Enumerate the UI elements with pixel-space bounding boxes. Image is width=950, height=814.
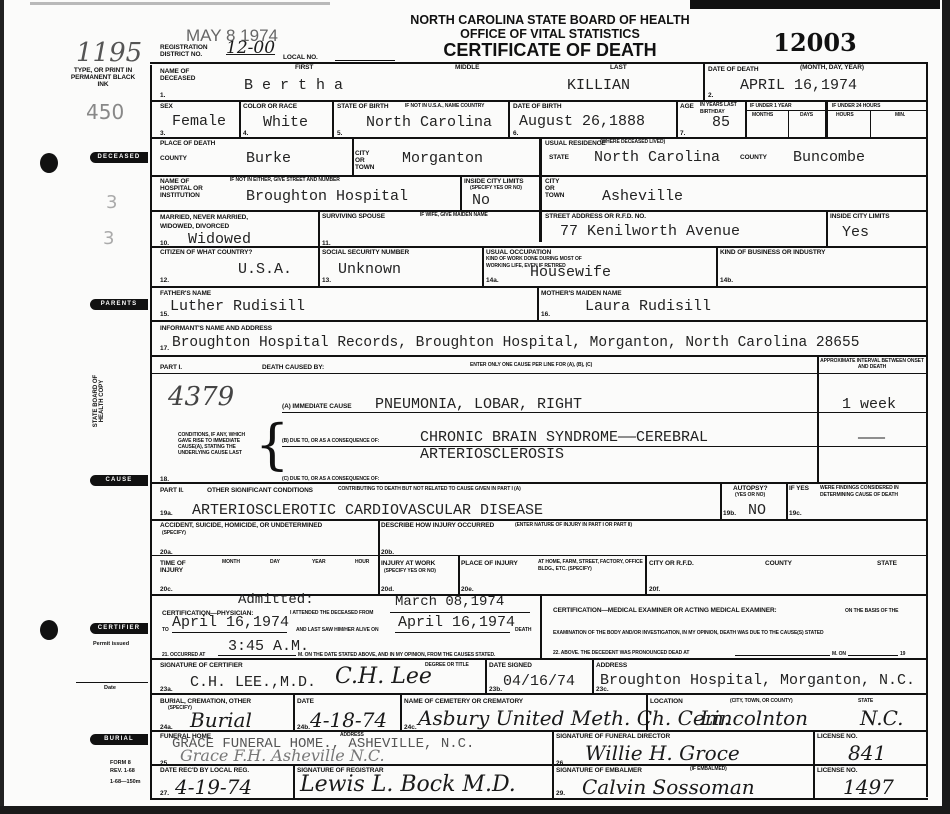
pencil-mark-2: 3: [103, 228, 114, 249]
residence-sublabel: (WHERE DECEASED LIVED): [600, 139, 665, 146]
date-received: 4-19-74: [175, 775, 252, 799]
death-certificate: NORTH CAROLINA STATE BOARD OF HEALTH OFF…: [0, 0, 950, 814]
disposition-value: Burial: [190, 708, 252, 732]
how-injury-sublabel: (ENTER NATURE OF INJURY IN PART I OR PAR…: [515, 522, 632, 529]
divider: [508, 100, 510, 138]
under-1-year-label: IF UNDER 1 YEAR: [750, 103, 791, 110]
month-label: MONTH: [222, 559, 240, 566]
autopsy-label: AUTOPSY?: [733, 485, 767, 492]
occupation-value: Housewife: [530, 264, 611, 281]
hour-label: HOUR: [355, 559, 369, 566]
divider: [293, 693, 295, 730]
burial-date-label: DATE: [297, 698, 314, 705]
divider: [150, 286, 928, 288]
location-sublabel: (CITY, TOWN, OR COUNTY): [730, 698, 793, 705]
deceased-first-name: B e r t h a: [244, 77, 343, 94]
dob-label: DATE OF BIRTH: [513, 103, 561, 110]
to-label: TO: [162, 627, 169, 634]
due-to-b-line-2: ARTERIOSCLEROSIS: [420, 446, 564, 463]
agency-line-1: NORTH CAROLINA STATE BOARD OF HEALTH: [400, 13, 700, 27]
res-city: Asheville: [602, 188, 683, 205]
conditions-note: CONDITIONS, IF ANY, WHICH GAVE RISE TO I…: [178, 432, 250, 456]
permit-date-label: Date: [104, 685, 116, 691]
section-tab-parents: PARENTS: [90, 299, 148, 310]
cause-code: 4379: [168, 382, 234, 412]
me-text-1: ON THE BASIS OF THE: [845, 608, 898, 615]
divider: [400, 693, 402, 730]
ssn-label: SOCIAL SECURITY NUMBER: [322, 249, 409, 256]
other-conditions-label: OTHER SIGNIFICANT CONDITIONS: [207, 487, 313, 494]
permit-issued-label: Permit issued: [93, 641, 129, 647]
scan-redaction-bar: [690, 0, 940, 9]
dob-value: August 26,1888: [519, 113, 645, 130]
registrar-signature: Lewis L. Bock M.D.: [300, 772, 516, 797]
divider: [825, 100, 828, 138]
cemetery-name: Asbury United Meth. Ch. Cem.: [418, 706, 730, 730]
date-signed-label: DATE SIGNED: [489, 662, 532, 669]
me-text-2: EXAMINATION OF THE BODY AND/OR INVESTIGA…: [553, 630, 824, 637]
form-right-border: [926, 62, 928, 797]
scan-artifact: [30, 2, 330, 5]
res-county: Buncombe: [793, 149, 865, 166]
part2-label: PART II.: [160, 487, 184, 494]
divider: [745, 100, 747, 138]
place-injury-sublabel: AT HOME, FARM, STREET, FACTORY, OFFICE B…: [538, 559, 646, 573]
divider: [282, 412, 928, 413]
middle-label: MIDDLE: [455, 64, 479, 71]
section-tab-burial: BURIAL: [90, 734, 148, 745]
res-city-label: CITY OR TOWN: [545, 178, 567, 199]
funeral-home-handwritten: Grace F.H. Asheville N.C.: [180, 746, 385, 765]
embalmer-signature: Calvin Sossoman: [582, 775, 755, 799]
injury-at-work-sublabel: (SPECIFY YES OR NO): [384, 568, 436, 575]
divider: [150, 730, 928, 732]
certificate-number: 12003: [760, 28, 870, 57]
time-injury-label: TIME OF INJURY: [160, 560, 190, 574]
divider: [390, 612, 530, 613]
sex-label: SEX: [160, 103, 173, 110]
burial-state-label: STATE: [858, 698, 873, 705]
signature-certifier-label: SIGNATURE OF CERTIFIER: [160, 662, 243, 669]
divider: [395, 632, 510, 633]
father-name: Luther Rudisill: [170, 298, 305, 315]
divider: [352, 137, 354, 175]
inside-limits-label: INSIDE CITY LIMITS: [464, 178, 523, 185]
immediate-cause-label: (a) IMMEDIATE CAUSE: [282, 403, 351, 410]
spouse-sublabel: IF WIFE, GIVE MAIDEN NAME: [420, 212, 488, 219]
section-tab-deceased: DECEASED: [90, 152, 148, 163]
mother-name: Laura Rudisill: [585, 298, 711, 315]
me-on-label: M. ON: [832, 651, 846, 658]
divider: [172, 632, 287, 633]
injury-county-label: COUNTY: [765, 560, 792, 567]
marital-label: MARRIED, NEVER MARRIED, WIDOWED, DIVORCE…: [160, 213, 280, 231]
birth-state-label: STATE OF BIRTH: [337, 103, 388, 110]
cemetery-label: NAME OF CEMETERY OR CREMATORY: [404, 698, 523, 705]
age-label: AGE: [680, 103, 694, 110]
certifier-address: Broughton Hospital, Morganton, N.C.: [600, 672, 915, 689]
year-label: YEAR: [312, 559, 326, 566]
section-tab-cause: CAUSE: [90, 475, 148, 486]
burial-date: 4-18-74: [310, 708, 387, 732]
form-revision: REV. 1-68: [110, 768, 135, 774]
attended-to: April 16,1974: [172, 614, 289, 631]
divider: [745, 110, 928, 111]
registration-district-value: 12-00: [226, 38, 275, 58]
scan-edge-bottom: [0, 806, 950, 814]
local-no-line: [335, 60, 395, 61]
copy-label: STATE BOARD OF HEALTH COPY: [93, 366, 105, 436]
last-saw-label: AND LAST SAW HIM/HER ALIVE ON: [296, 627, 378, 634]
scan-edge-right: [942, 0, 950, 814]
location-label: LOCATION: [650, 698, 683, 705]
date-of-death-label: DATE OF DEATH: [708, 66, 758, 73]
birth-state-sublabel: IF NOT IN U.S.A., NAME COUNTRY: [405, 103, 495, 110]
pencil-number: 450: [86, 100, 124, 124]
burial-location: Lincolnton: [700, 706, 808, 730]
other-conditions-sublabel: CONTRIBUTING TO DEATH BUT NOT RELATED TO…: [338, 486, 521, 493]
burial-state: N.C.: [860, 706, 904, 730]
death-label: DEATH: [515, 627, 531, 634]
res-state-label: STATE: [549, 154, 569, 161]
city-rfd-label: CITY OR R.F.D.: [649, 560, 694, 567]
findings-label: WERE FINDINGS CONSIDERED IN DETERMINING …: [820, 485, 924, 499]
res-inside-value: Yes: [842, 224, 869, 241]
divider: [676, 100, 678, 138]
divider: [378, 519, 380, 595]
director-license: 841: [848, 741, 886, 765]
bracket: {: [255, 418, 289, 472]
scan-edge-left: [0, 0, 4, 814]
deceased-last-name: KILLIAN: [567, 77, 630, 94]
injury-state-label: STATE: [877, 560, 897, 567]
divider: [150, 246, 928, 248]
other-conditions: ARTERIOSCLEROTIC CARDIOVASCULAR DISEASE: [192, 502, 543, 519]
certifier-address-label: ADDRESS: [596, 662, 627, 669]
divider: [826, 210, 828, 247]
permit-date-line: [76, 682, 148, 683]
divider: [716, 246, 718, 287]
business-label: KIND OF BUSINESS OR INDUSTRY: [720, 249, 825, 256]
county-label: COUNTY: [160, 155, 187, 162]
part1-label: PART I.: [160, 364, 182, 371]
hospital-value: Broughton Hospital: [246, 188, 408, 205]
embalmer-license-label: LICENSE NO.: [817, 767, 857, 774]
res-inside-label: INSIDE CITY LIMITS: [830, 213, 889, 220]
divider: [460, 175, 462, 210]
divider: [150, 355, 928, 357]
sex-value: Female: [172, 113, 226, 130]
last-saw: April 16,1974: [398, 614, 515, 631]
me-19-label: 19: [900, 651, 905, 658]
agency-line-2: OFFICE OF VITAL STATISTICS: [400, 27, 700, 41]
date-received-label: DATE REC'D BY LOCAL REG.: [160, 767, 249, 774]
age-value: 85: [712, 114, 730, 131]
ssn-value: Unknown: [338, 261, 401, 278]
divider: [540, 594, 542, 658]
death-county: Burke: [246, 150, 291, 167]
divider: [150, 764, 928, 766]
certifier-signature: C.H. Lee: [335, 664, 432, 689]
immediate-cause: PNEUMONIA, LOBAR, RIGHT: [375, 396, 582, 413]
funeral-director-signature: Willie H. Groce: [585, 741, 740, 765]
immediate-interval: 1 week: [842, 396, 896, 413]
place-injury-label: PLACE OF INJURY: [461, 560, 518, 567]
mother-label: MOTHER'S MAIDEN NAME: [541, 290, 621, 297]
days-label: DAYS: [800, 112, 813, 119]
embalmer-sublabel: (IF EMBALMED): [690, 766, 727, 773]
attended-label: I ATTENDED THE DECEASED FROM: [290, 610, 373, 617]
res-state: North Carolina: [594, 149, 720, 166]
divider: [645, 555, 647, 595]
divider: [485, 658, 487, 693]
informant-value: Broughton Hospital Records, Broughton Ho…: [172, 335, 859, 351]
divider: [239, 100, 241, 138]
injury-at-work-label: INJURY AT WORK: [381, 560, 435, 567]
divider: [458, 555, 460, 595]
date-signed: 04/16/74: [503, 673, 575, 690]
section-tab-certifier: CERTIFIER: [90, 623, 148, 634]
inside-limits-sublabel: (SPECIFY YES OR NO): [470, 185, 522, 192]
me-cert-label: CERTIFICATION—MEDICAL EXAMINER OR ACTING…: [553, 607, 777, 614]
citizen-label: CITIZEN OF WHAT COUNTRY?: [160, 249, 252, 256]
divider: [817, 355, 819, 483]
spouse-label: SURVIVING SPOUSE: [322, 213, 385, 220]
embalmer-label: SIGNATURE OF EMBALMER: [556, 767, 642, 774]
informant-label: INFORMANT'S NAME AND ADDRESS: [160, 325, 272, 332]
due-to-b-label: (b) DUE TO, OR AS A CONSEQUENCE OF:: [282, 438, 379, 445]
divider: [482, 246, 484, 287]
disposition-label: BURIAL, CREMATION, OTHER: [160, 698, 251, 705]
accident-sublabel: (SPECIFY): [162, 530, 186, 537]
certifier-name: C.H. LEE.,M.D.: [190, 674, 316, 691]
death-city: Morganton: [402, 150, 483, 167]
admitted-label: Admitted:: [238, 592, 314, 608]
autopsy-value: NO: [748, 502, 766, 519]
hospital-label: NAME OF HOSPITAL OR INSTITUTION: [160, 178, 215, 199]
divider: [848, 655, 898, 656]
date-of-death-sublabel: (MONTH, DAY, YEAR): [800, 64, 864, 71]
father-label: FATHER'S NAME: [160, 290, 211, 297]
one-cause-note: ENTER ONLY ONE CAUSE PER LINE FOR (a), (…: [470, 362, 592, 369]
divider: [703, 62, 705, 101]
divider: [150, 482, 928, 484]
divider: [786, 482, 788, 520]
due-to-b-line-1: CHRONIC BRAIN SYNDROME——CEREBRAL: [420, 429, 708, 446]
time-of-death: 3:45 A.M.: [228, 638, 309, 655]
divider: [735, 655, 830, 656]
disposition-sublabel: (SPECIFY): [168, 705, 192, 712]
interval-label: APPROXIMATE INTERVAL BETWEEN ONSET AND D…: [820, 358, 924, 370]
death-city-label: CITY OR TOWN: [355, 150, 375, 171]
form-number: FORM 8: [110, 760, 131, 766]
pencil-mark-1: 3: [106, 192, 117, 213]
local-no-label: LOCAL NO.: [283, 54, 318, 61]
res-county-label: COUNTY: [740, 154, 767, 161]
divider: [318, 210, 320, 287]
date-of-death: APRIL 16,1974: [740, 77, 857, 94]
first-label: FIRST: [295, 64, 313, 71]
divider: [150, 798, 928, 800]
street-label: STREET ADDRESS OR R.F.D. No.: [545, 213, 646, 220]
name-label: NAME OF DECEASED: [160, 68, 210, 82]
page-title: CERTIFICATE OF DEATH: [400, 40, 700, 61]
me-text-3: 22. ABOVE. THE DECEDENT WAS PRONOUNCED D…: [553, 650, 689, 657]
street-value: 77 Kenilworth Avenue: [560, 223, 740, 240]
ink-instruction: TYPE, OR PRINT IN PERMANENT BLACK INK: [68, 67, 138, 88]
divider: [720, 482, 722, 520]
citizen-value: U.S.A.: [238, 261, 292, 278]
hospital-sublabel: IF NOT IN EITHER, GIVE STREET AND NUMBER: [230, 177, 340, 184]
inside-limits-value: No: [472, 192, 490, 209]
race-value: White: [263, 114, 308, 131]
punch-hole-bottom: [40, 620, 58, 640]
divider: [150, 519, 928, 521]
day-label: DAY: [270, 559, 280, 566]
divider: [150, 373, 928, 374]
divider: [788, 110, 789, 138]
divider: [537, 286, 539, 321]
divider: [150, 693, 928, 695]
last-label: LAST: [610, 64, 627, 71]
divider: [646, 693, 648, 730]
hours-label: HOURS: [836, 112, 854, 119]
race-label: COLOR OR RACE: [243, 103, 297, 110]
divider: [539, 137, 542, 242]
months-label: MONTHS: [752, 112, 773, 119]
divider: [870, 110, 871, 138]
how-injury-label: DESCRIBE HOW INJURY OCCURRED: [381, 522, 494, 529]
accident-label: ACCIDENT, SUICIDE, HOMICIDE, OR UNDETERM…: [160, 522, 322, 529]
due-to-b-interval: ———: [858, 430, 885, 447]
director-license-label: LICENSE NO.: [817, 733, 857, 740]
divider: [293, 764, 295, 800]
divider: [150, 320, 928, 322]
birth-state-value: North Carolina: [366, 114, 492, 131]
occupation-label: USUAL OCCUPATION: [486, 249, 551, 256]
registration-district-label: REGISTRATION DISTRICT NO.: [160, 44, 220, 58]
caused-by-label: DEATH CAUSED BY:: [262, 364, 324, 371]
form-print-run: 1-68—150m: [110, 779, 141, 785]
min-label: MIN.: [895, 112, 905, 119]
handwritten-number: 1195: [76, 38, 142, 68]
punch-hole-top: [40, 153, 58, 173]
divider: [592, 658, 594, 693]
divider: [150, 100, 928, 102]
divider: [332, 100, 334, 138]
embalmer-license: 1497: [843, 775, 894, 799]
divider: [282, 446, 928, 447]
divider: [150, 658, 928, 660]
divider: [150, 210, 928, 212]
if-yes-label: IF YES: [789, 485, 809, 492]
divider: [150, 555, 928, 556]
autopsy-sublabel: (YES OR NO): [735, 492, 765, 499]
divider: [218, 655, 296, 656]
residence-label: USUAL RESIDENCE: [545, 140, 606, 147]
place-of-death-label: PLACE OF DEATH: [160, 140, 215, 147]
under-24-hours-label: IF UNDER 24 HOURS: [832, 103, 880, 110]
funeral-director-label: SIGNATURE OF FUNERAL DIRECTOR: [556, 733, 670, 740]
attended-from: March 08,1974: [395, 594, 504, 610]
